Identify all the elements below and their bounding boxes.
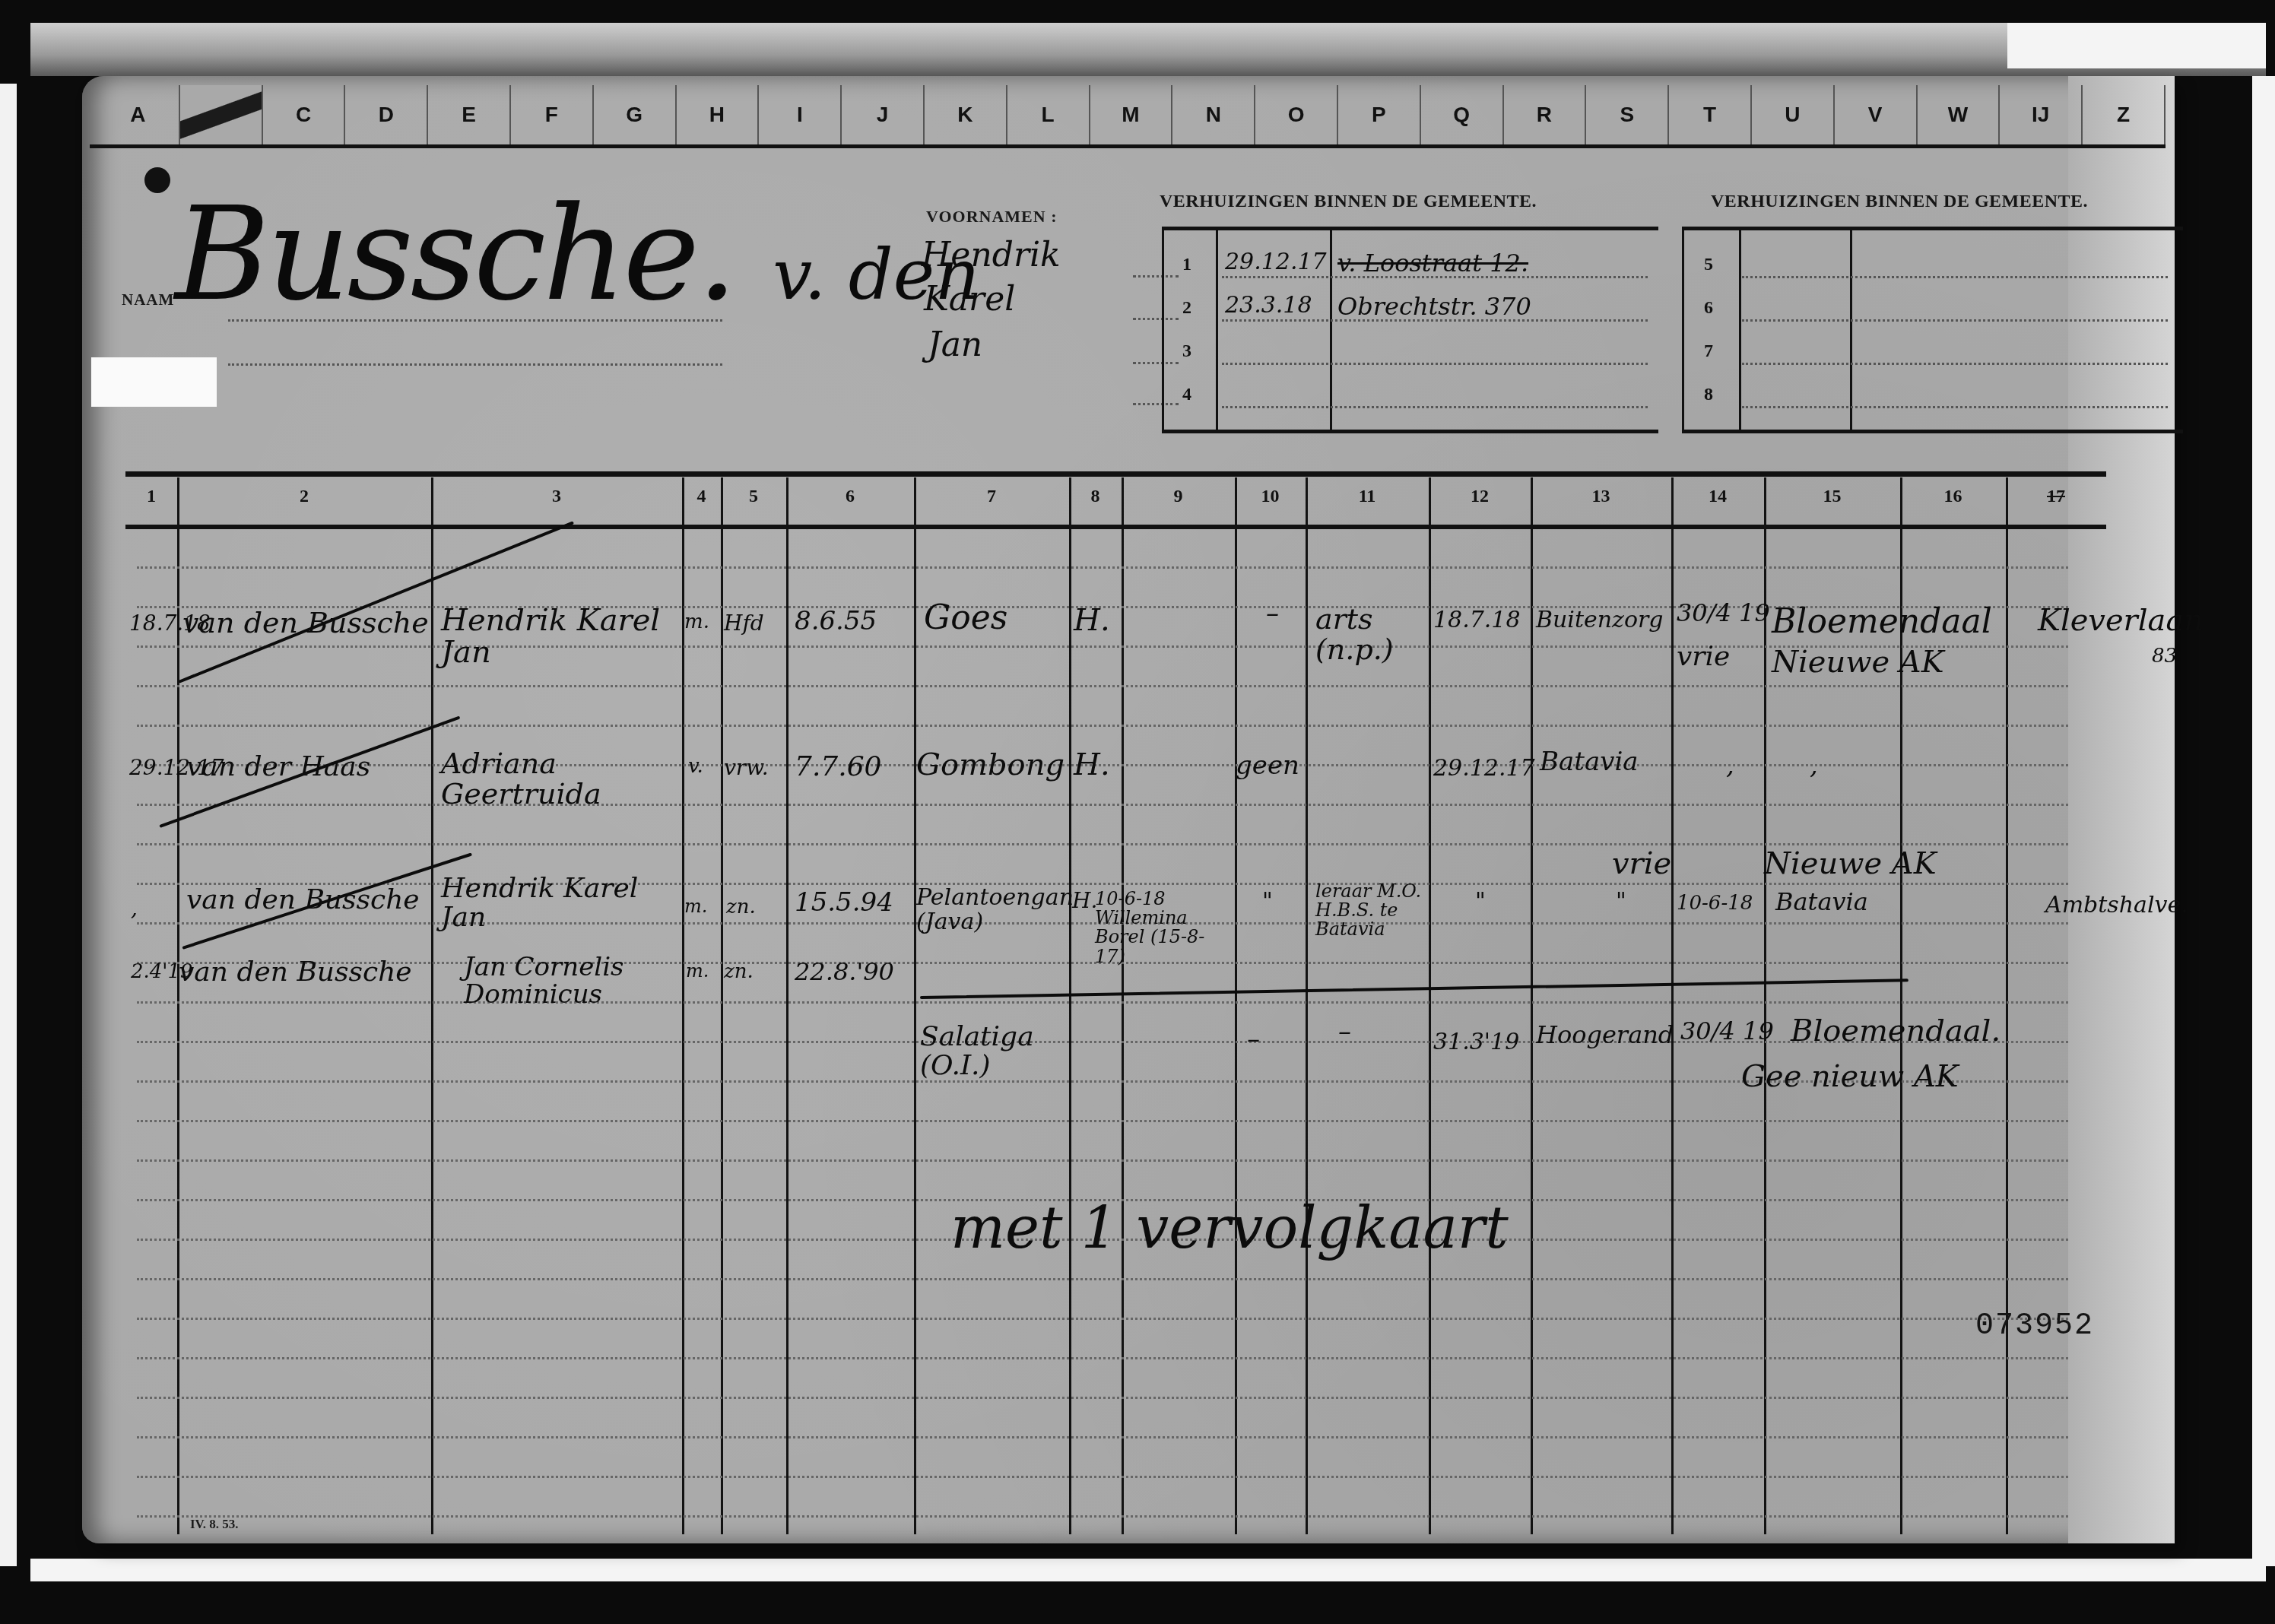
index-tab-q: Q <box>1421 85 1504 144</box>
move-number: 5 <box>1704 255 1713 275</box>
arrival-date-entry: 18.7.18 <box>1433 608 1521 633</box>
index-tab-f: F <box>511 85 594 144</box>
index-tab-z: Z <box>2083 85 2166 144</box>
ruled-line <box>137 1357 2068 1359</box>
moves-col-divider <box>1216 230 1218 430</box>
index-tab-a: A <box>97 85 180 144</box>
index-tab-b: B <box>180 85 263 144</box>
sex-entry: m. <box>686 962 709 981</box>
occupation-entry: leraar M.O. H.B.S. te Batavia <box>1315 882 1429 940</box>
ruled-line <box>137 1397 2068 1399</box>
surname: Bussche. v. den <box>175 190 979 319</box>
column-divider <box>1069 477 1071 1534</box>
naam-label: NAAM <box>122 290 174 309</box>
column-header-17: 17 <box>2006 487 2106 507</box>
scan-border-right <box>2252 76 2275 1566</box>
move-number: 1 <box>1182 255 1191 275</box>
relation-entry: zn. <box>726 897 756 918</box>
column-divider <box>177 477 179 1534</box>
column-header-3: 3 <box>431 487 682 507</box>
origin-entry: Buitenzorg <box>1536 608 1664 633</box>
index-tab-m: M <box>1090 85 1173 144</box>
ruled-line <box>137 1515 2068 1518</box>
sex-entry: m. <box>684 897 707 916</box>
index-tab-k: K <box>925 85 1007 144</box>
ruled-line <box>137 685 2068 687</box>
first-name-2: Karel <box>924 280 1015 319</box>
table-top-rule <box>125 471 2106 477</box>
index-tab-ij: IJ <box>2000 85 2083 144</box>
religion-entry: H. <box>1074 604 1110 636</box>
birthplace-entry: Goes <box>924 601 1007 636</box>
ruled-line <box>137 1041 2068 1043</box>
occupation-entry: arts (n.p.) <box>1315 604 1407 665</box>
relation-entry: zn. <box>724 962 754 982</box>
ruled-line <box>137 566 2068 569</box>
column-header-5: 5 <box>721 487 786 507</box>
move-line <box>1222 406 1648 408</box>
sex-entry: m. <box>684 612 709 633</box>
birthplace-entry: Pelantoengan (Java) <box>916 886 1068 934</box>
move-date: 23.3.18 <box>1225 292 1312 319</box>
ruled-line <box>137 1159 2068 1162</box>
column-header-15: 15 <box>1764 487 1900 507</box>
ruled-line <box>137 1120 2068 1122</box>
move-line <box>1742 406 2168 408</box>
move-number: 8 <box>1704 385 1713 405</box>
moves-right-title: VERHUIZINGEN BINNEN DE GEMEENTE. <box>1711 192 2088 212</box>
move-number: 2 <box>1182 298 1191 319</box>
marriage-entry: geen <box>1236 753 1299 780</box>
birth-date-entry: 22.8.'90 <box>795 959 894 985</box>
table-header-rule <box>125 525 2106 529</box>
origin-entry: Hoogerand <box>1536 1023 1674 1048</box>
punch-hole <box>144 167 170 193</box>
column-header-9: 9 <box>1122 487 1235 507</box>
moves-left-title: VERHUIZINGEN BINNEN DE GEMEENTE. <box>1160 192 1537 212</box>
first-name-3: Jan <box>928 325 982 364</box>
relation-entry: vrw. <box>724 756 769 779</box>
column-header-7: 7 <box>914 487 1069 507</box>
departure-note-entry: vrie <box>1612 848 1671 880</box>
scan-border-bottom <box>30 1559 2266 1581</box>
religion-entry: H. <box>1074 749 1110 781</box>
index-tab-h: H <box>677 85 760 144</box>
index-tab-j: J <box>842 85 925 144</box>
voornamen-label: VOORNAMEN : <box>926 207 1058 227</box>
marriage-entry: – <box>1266 601 1279 628</box>
column-header-11: 11 <box>1306 487 1429 507</box>
column-header-12: 12 <box>1429 487 1531 507</box>
moves-col-divider <box>1739 230 1741 430</box>
column-divider <box>786 477 788 1534</box>
moves-col-divider <box>1330 230 1332 430</box>
move-line <box>1742 276 2168 278</box>
departure-date-entry: , <box>1726 753 1734 780</box>
first-names-entry: Jan Cornelis Dominicus <box>464 954 677 1008</box>
surname-entry: van den Bussche <box>182 608 429 639</box>
column-divider <box>2006 477 2008 1534</box>
ruled-line <box>137 804 2068 806</box>
column-divider <box>1235 477 1237 1534</box>
form-code: IV. 8. 53. <box>190 1517 238 1532</box>
column-header-1: 1 <box>125 487 177 507</box>
column-divider <box>1122 477 1124 1534</box>
departure-date-entry: 30/4 19 <box>1677 601 1770 626</box>
index-tab-i: I <box>759 85 842 144</box>
birthplace-entry: Salatiga (O.I.) <box>920 1023 1049 1080</box>
first-name-1: Hendrik <box>922 236 1061 274</box>
move-number: 3 <box>1182 341 1191 362</box>
destination-note-entry: Nieuwe AK <box>1764 848 1937 880</box>
alphabet-index-tabs: ABCDEFGHIJKLMNOPQRSTUVWIJZ <box>97 85 2166 144</box>
destination-note-entry: Nieuwe AK <box>1772 646 1944 678</box>
column-header-14: 14 <box>1671 487 1764 507</box>
ruled-line <box>137 1318 2068 1320</box>
column-header-6: 6 <box>786 487 914 507</box>
naam-line-2 <box>228 363 722 366</box>
marriage-entry: " <box>1262 890 1273 914</box>
index-tab-r: R <box>1504 85 1587 144</box>
departure-date-entry: 30/4 19 <box>1680 1019 1774 1045</box>
column-header-2: 2 <box>177 487 431 507</box>
index-tab-l: L <box>1007 85 1090 144</box>
arrival-date-entry: " <box>1475 890 1486 914</box>
serial-number: 073952 <box>1975 1309 2094 1343</box>
destination-entry: , <box>1810 753 1818 780</box>
origin-entry: Batavia <box>1540 749 1639 776</box>
column-divider <box>1764 477 1766 1534</box>
departure-note-entry: vrie <box>1677 642 1730 671</box>
column-divider <box>1671 477 1674 1534</box>
tray-highlight <box>2007 23 2266 68</box>
move-address: Obrechtstr. 370 <box>1337 292 1531 321</box>
index-tab-d: D <box>345 85 428 144</box>
ruled-line <box>137 883 2068 885</box>
file-tray-rail <box>30 23 2266 76</box>
move-number: 7 <box>1704 341 1713 362</box>
column-header-8: 8 <box>1069 487 1122 507</box>
move-line <box>1222 363 1648 365</box>
arrival-date-entry: 31.3'19 <box>1433 1030 1519 1055</box>
marriage-entry: – <box>1247 1026 1260 1054</box>
religion-entry: H. <box>1072 890 1097 912</box>
paper-label-tag <box>91 357 217 407</box>
remarks-entry: Ambtshalve. <box>2045 893 2188 918</box>
ruled-line <box>137 725 2068 727</box>
surname-text: Bussche. <box>175 179 735 330</box>
address-entry: Kleverlaan <box>2038 604 2204 636</box>
address-number-entry: 83 <box>2152 646 2177 667</box>
column-divider <box>682 477 684 1534</box>
index-tab-v: V <box>1835 85 1918 144</box>
column-divider <box>1531 477 1533 1534</box>
date-entry: , <box>131 897 138 919</box>
destination-entry: Bloemendaal. <box>1791 1015 2001 1047</box>
birth-date-entry: 7.7.60 <box>795 753 882 782</box>
move-line <box>1742 363 2168 365</box>
ruled-line <box>137 843 2068 845</box>
surname-entry: van der Haas <box>186 753 370 782</box>
marriage-details-entry: 10-6-18 Willemina Borel (15-8-17) <box>1095 890 1232 966</box>
move-number: 4 <box>1182 385 1191 405</box>
index-tab-u: U <box>1752 85 1835 144</box>
first-names-entry: Hendrik Karel Jan <box>441 874 669 932</box>
column-divider <box>721 477 723 1534</box>
occupation-entry: – <box>1338 1019 1351 1046</box>
surname-entry: van den Bussche <box>179 958 412 987</box>
moves-left-table: 129.12.17v. Loostraat 12.223.3.18Obrecht… <box>1162 227 1658 433</box>
column-divider <box>1306 477 1308 1534</box>
index-tab-e: E <box>428 85 511 144</box>
move-line <box>1742 319 2168 322</box>
sex-entry: v. <box>688 756 703 777</box>
ruled-line <box>137 1436 2068 1438</box>
ruled-line <box>137 1278 2068 1280</box>
origin-entry: " <box>1616 890 1626 914</box>
index-tab-g: G <box>594 85 677 144</box>
column-header-10: 10 <box>1235 487 1306 507</box>
move-date: 29.12.17 <box>1225 249 1327 275</box>
move-address: v. Loostraat 12. <box>1337 249 1528 278</box>
column-header-13: 13 <box>1531 487 1671 507</box>
column-header-4: 4 <box>682 487 721 507</box>
ruled-line <box>137 1476 2068 1478</box>
arrival-date-entry: 29.12.17 <box>1433 756 1535 781</box>
ruled-line <box>137 1001 2068 1004</box>
destination-entry: Batavia <box>1775 890 1868 915</box>
scan-border-left <box>0 84 17 1566</box>
birthplace-entry: Gombong <box>916 749 1065 781</box>
column-divider <box>431 477 433 1534</box>
move-number: 6 <box>1704 298 1713 319</box>
birth-date-entry: 8.6.55 <box>795 608 877 636</box>
index-tab-t: T <box>1669 85 1752 144</box>
relation-entry: Hfd <box>724 612 764 634</box>
index-tab-w: W <box>1918 85 2001 144</box>
column-divider <box>914 477 916 1534</box>
index-tab-p: P <box>1338 85 1421 144</box>
tabs-divider <box>90 144 2166 148</box>
index-tab-s: S <box>1586 85 1669 144</box>
first-names-entry: Hendrik Karel Jan <box>441 604 669 668</box>
moves-right-table: 5678 <box>1682 227 2183 433</box>
destination-entry: Bloemendaal <box>1772 604 1992 639</box>
column-header-16: 16 <box>1900 487 2006 507</box>
index-tab-c: C <box>263 85 346 144</box>
index-tab-n: N <box>1172 85 1255 144</box>
departure-date-entry: 10-6-18 <box>1677 893 1753 914</box>
index-tab-o: O <box>1255 85 1338 144</box>
continuation-note: met 1 vervolgkaart <box>950 1194 1509 1261</box>
moves-col-divider <box>1850 230 1852 430</box>
birth-date-entry: 15.5.94 <box>795 890 893 917</box>
column-divider <box>1429 477 1431 1534</box>
first-names-entry: Adriana Geertruida <box>441 749 669 810</box>
destination-note-entry: Gee nieuw AK <box>1741 1061 1959 1093</box>
